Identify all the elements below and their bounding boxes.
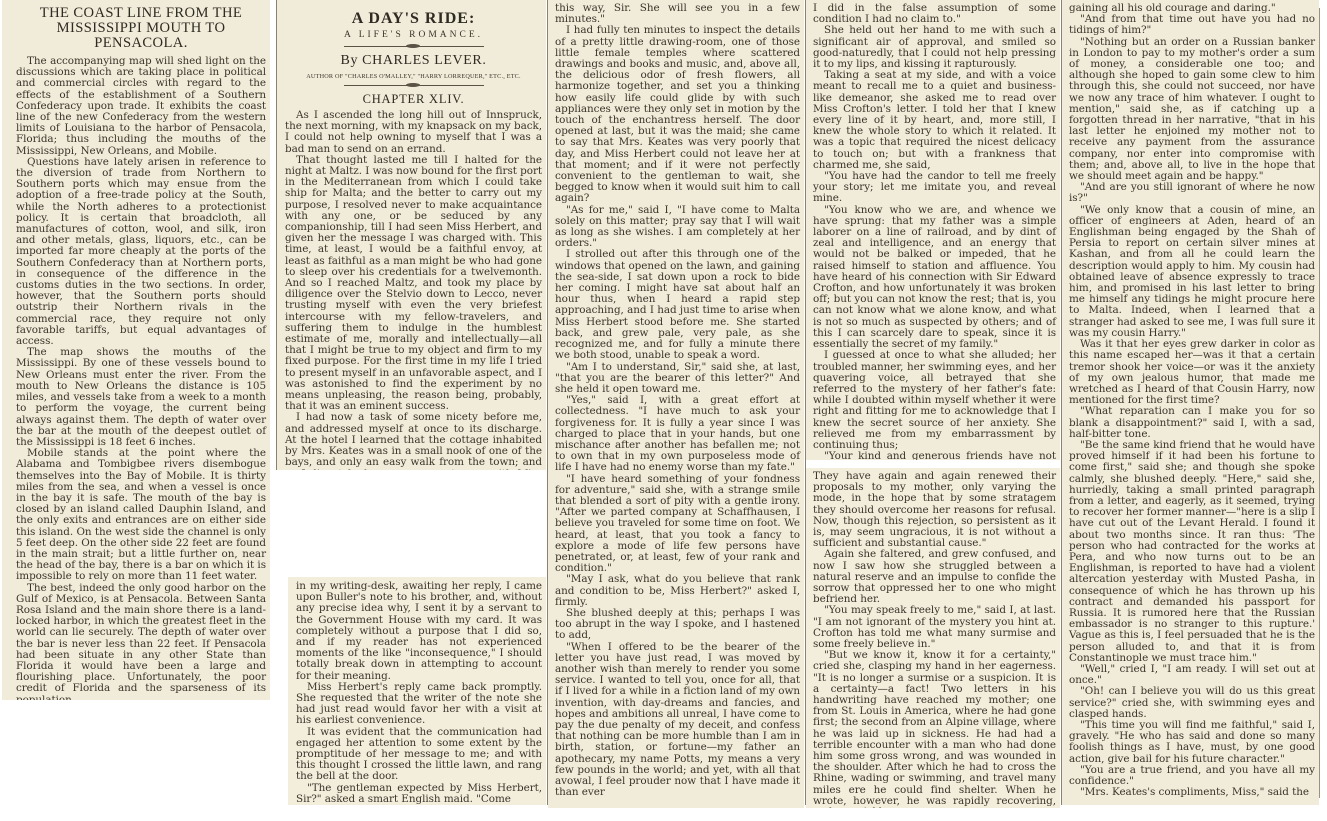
paragraph: "What reparation can I make you for so b…	[1069, 406, 1315, 440]
paragraph: "You are a true friend, and you have all…	[1069, 765, 1315, 787]
column-days-ride-3: I did in the false assumption of some co…	[806, 0, 1060, 460]
column-coast-line: THE COAST LINE FROM THE MISSISSIPPI MOUT…	[2, 0, 270, 700]
paragraph: "As for me," said I, "I have come to Mal…	[555, 205, 800, 250]
paragraph: "The gentleman expected by Miss Herbert,…	[296, 783, 542, 805]
paragraph: Miss Herbert's reply came back promptly.…	[296, 682, 542, 727]
byline: By CHARLES LEVER.	[285, 53, 542, 69]
paragraph: "Nothing but an order on a Russian banke…	[1069, 37, 1315, 183]
author-credits: AUTHOR OF "CHARLES O'MALLEY," "HARRY LOR…	[285, 73, 542, 81]
ornament-rule	[344, 85, 484, 86]
paragraph: The accompanying map will shed light on …	[16, 56, 266, 157]
column-days-ride-1: A DAY'S RIDE: A LIFE'S ROMANCE. By CHARL…	[277, 0, 546, 470]
story-subtitle: A LIFE'S ROMANCE.	[285, 30, 542, 40]
paragraph: Taking a seat at my side, and with a voi…	[813, 70, 1056, 171]
paragraph: I did in the false assumption of some co…	[813, 3, 1056, 25]
paragraph: "Am I to understand, Sir," said she, at …	[555, 362, 800, 396]
paragraph: "And are you still ignorant of where he …	[1069, 182, 1315, 204]
paragraph: "You may speak freely to me," said I, at…	[813, 605, 1056, 650]
paragraph: That thought lasted me till I halted for…	[285, 155, 542, 413]
paragraph: I guessed at once to what she alluded; h…	[813, 350, 1056, 451]
story-title: A DAY'S RIDE:	[285, 10, 542, 28]
paragraph: in my writing-desk, awaiting her reply, …	[296, 581, 542, 682]
newspaper-clipping: THE COAST LINE FROM THE MISSISSIPPI MOUT…	[0, 0, 1327, 821]
column-days-ride-2: this way, Sir. She will see you in a few…	[548, 0, 804, 808]
paragraph: "We only know that a cousin of mine, an …	[1069, 205, 1315, 339]
paragraph: "Be the same kind friend that he would h…	[1069, 440, 1315, 664]
column-days-ride-1-continued: in my writing-desk, awaiting her reply, …	[288, 577, 546, 805]
paragraph: The map shows the mouths of the Mississi…	[16, 347, 266, 448]
paragraph: "But we know it, know it for a certainty…	[813, 650, 1056, 808]
paragraph: "Well," cried I, "I am ready. I will set…	[1069, 664, 1315, 686]
chapter-heading: CHAPTER XLIV.	[285, 92, 542, 107]
paragraph: She held out her hand to me with such a …	[813, 25, 1056, 70]
paragraph: "And from that time out have you had no …	[1069, 14, 1315, 36]
paragraph: Again she faltered, and grew confused, a…	[813, 549, 1056, 605]
paragraph: I strolled out after this through one of…	[555, 249, 800, 361]
paragraph: I had fully ten minutes to inspect the d…	[555, 25, 800, 204]
paragraph: Was it that her eyes grew darker in colo…	[1069, 339, 1315, 406]
paragraph: Questions have lately arisen in referenc…	[16, 157, 266, 347]
paragraph: "Mrs. Keates's compliments, Miss," said …	[1069, 787, 1315, 798]
paragraph: I had now a task of some nicety before m…	[285, 412, 542, 470]
paragraph: She blushed deeply at this; perhaps I wa…	[555, 608, 800, 642]
paragraph: It was evident that the communication ha…	[296, 727, 542, 783]
paragraph: "May I ask, what do you believe that ran…	[555, 574, 800, 608]
paragraph: this way, Sir. She will see you in a few…	[555, 3, 800, 25]
paragraph: "When I offered to be the bearer of the …	[555, 642, 800, 799]
paragraph: "Yes," said I, with a great effort at co…	[555, 395, 800, 473]
paragraph: "Your kind and generous friends have not…	[813, 451, 1056, 460]
paragraph: "You know who we are, and whence we have…	[813, 205, 1056, 351]
article-headline: THE COAST LINE FROM THE MISSISSIPPI MOUT…	[16, 6, 266, 51]
paragraph: "This time you will find me faithful," s…	[1069, 720, 1315, 765]
column-days-ride-4: gaining all his old courage and daring."…	[1062, 0, 1319, 805]
paragraph: Mobile stands at the point where the Ala…	[16, 448, 266, 582]
paragraph: "You have had the candor to tell me free…	[813, 171, 1056, 205]
ornament-rule	[344, 46, 484, 47]
column-divider	[1319, 8, 1320, 798]
paragraph: As I ascended the long hill out of Innsp…	[285, 110, 542, 155]
paragraph: "I have heard something of your fondness…	[555, 474, 800, 575]
paragraph: "Oh! can I believe you will do us this g…	[1069, 686, 1315, 720]
column-days-ride-3-continued: They have again and again renewed their …	[806, 468, 1060, 808]
paragraph: They have again and again renewed their …	[813, 471, 1056, 549]
paragraph: The best, indeed the only good harbor on…	[16, 583, 266, 700]
